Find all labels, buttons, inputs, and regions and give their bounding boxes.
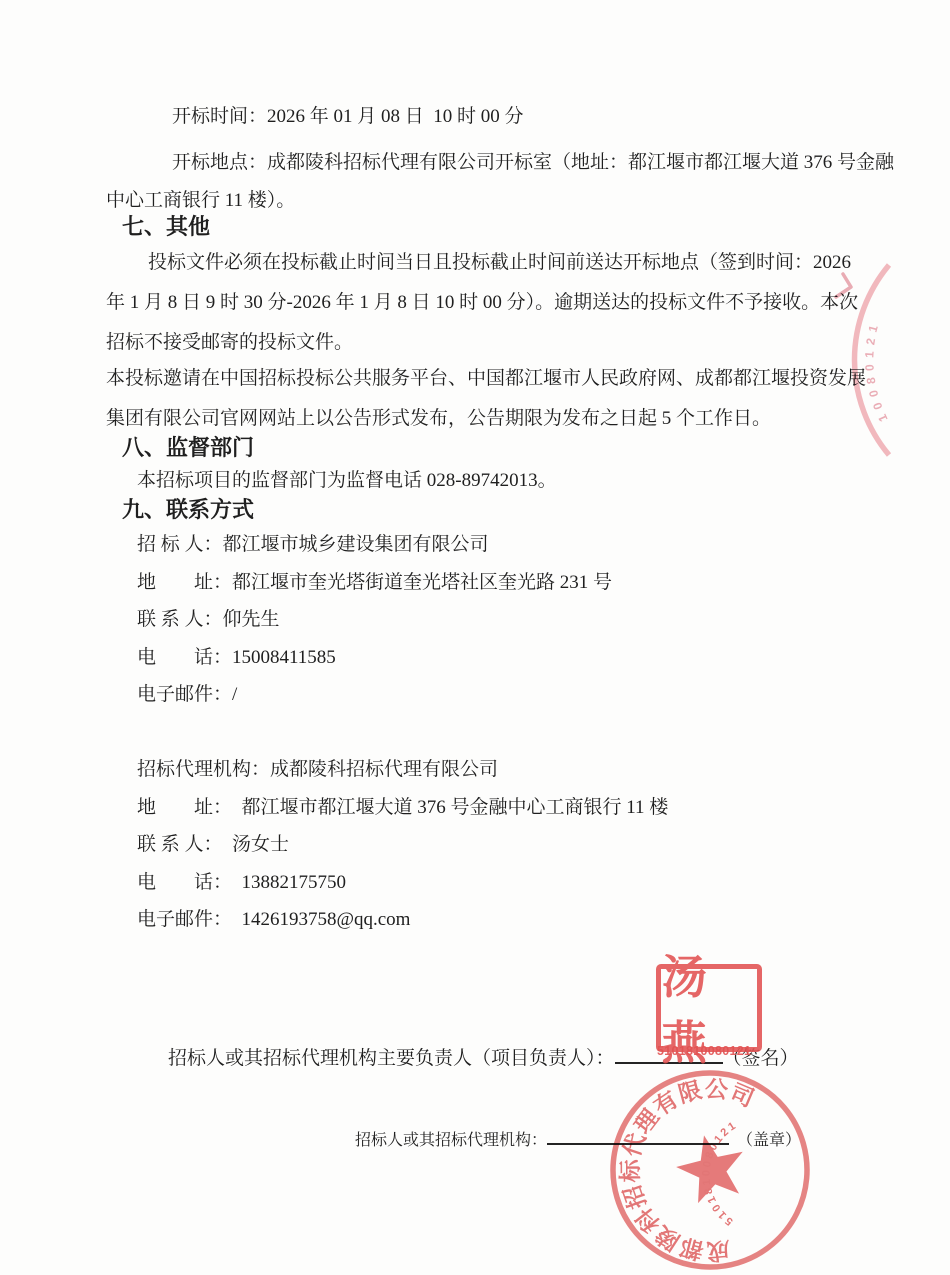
- org-seal-label: 招标人或其招标代理机构：: [355, 1132, 547, 1149]
- bid-opening-place-line-2: 中心工商银行 11 楼）。: [106, 188, 295, 214]
- edge-seal-code: 10080121: [862, 318, 890, 424]
- tenderer-name-line: 招 标 人：都江堰市城乡建设集团有限公司: [137, 532, 489, 558]
- other-paragraph1-line-2: 年 1 月 8 日 9 时 30 分-2026 年 1 月 8 日 10 时 0…: [106, 290, 858, 316]
- bid-opening-place-line-1: 开标地点：成都陵科招标代理有限公司开标室（地址：都江堰市都江堰大道 376 号金…: [172, 150, 894, 176]
- personal-name-stamp: 汤燕: [656, 964, 762, 1052]
- company-seal-stamp: 成都陵科招标代理有限公司 5101810080121: [605, 1065, 815, 1275]
- section-heading-other: 七、其他: [122, 214, 210, 240]
- responsible-signature-label: 招标人或其招标代理机构主要负责人（项目负责人）：: [168, 1048, 615, 1069]
- tenderer-phone-line: 电 话：15008411585: [137, 645, 336, 671]
- org-seal-line: 招标人或其招标代理机构：（盖章）: [355, 1128, 801, 1154]
- agency-address-line: 地 址： 都江堰市都江堰大道 376 号金融中心工商银行 11 楼: [137, 795, 668, 821]
- agency-email-line: 电子邮件： 1426193758@qq.com: [137, 907, 410, 933]
- announcement-line-1: 本投标邀请在中国招标投标公共服务平台、中国都江堰市人民政府网、成都都江堰投资发展: [106, 366, 866, 392]
- company-seal-text: 成都陵科招标代理有限公司: [609, 1069, 759, 1267]
- seal-underline: [547, 1143, 729, 1145]
- agency-person-line: 联 系 人： 汤女士: [137, 832, 289, 858]
- announcement-line-2: 集团有限公司官网网站上以公告形式发布，公告期限为发布之日起 5 个工作日。: [106, 406, 771, 432]
- other-paragraph1-line-3: 招标不接受邮寄的投标文件。: [106, 330, 353, 356]
- agency-phone-line: 电 话： 13882175750: [137, 870, 346, 896]
- tenderer-email-line: 电子邮件：/: [137, 682, 237, 708]
- section-heading-supervision: 八、监督部门: [122, 435, 254, 461]
- other-paragraph1-line-1: 投标文件必须在投标截止时间当日且投标截止时间前送达开标地点（签到时间：2026: [148, 250, 851, 276]
- name-stamp-code: 5101810080121: [657, 1044, 767, 1058]
- company-seal-ring: [605, 1065, 815, 1275]
- org-seal-suffix: （盖章）: [737, 1132, 801, 1149]
- tenderer-address-line: 地 址：都江堰市奎光塔街道奎光塔社区奎光路 231 号: [137, 570, 612, 596]
- svg-text:成都陵科招标代理有限公司: 成都陵科招标代理有限公司: [609, 1069, 759, 1267]
- section-heading-contact: 九、联系方式: [122, 497, 254, 523]
- svg-text:10080121: 10080121: [862, 318, 890, 424]
- document-page: 开标时间：2026 年 01 月 08 日 10 时 00 分 开标地点：成都陵…: [0, 0, 950, 1275]
- tenderer-person-line: 联 系 人：仰先生: [137, 607, 280, 633]
- supervision-line: 本招标项目的监督部门为监督电话 028-89742013。: [137, 468, 557, 494]
- bid-opening-time-line: 开标时间：2026 年 01 月 08 日 10 时 00 分: [172, 104, 524, 130]
- agency-name-line: 招标代理机构：成都陵科招标代理有限公司: [137, 757, 498, 783]
- edge-seal-arc: [854, 265, 889, 455]
